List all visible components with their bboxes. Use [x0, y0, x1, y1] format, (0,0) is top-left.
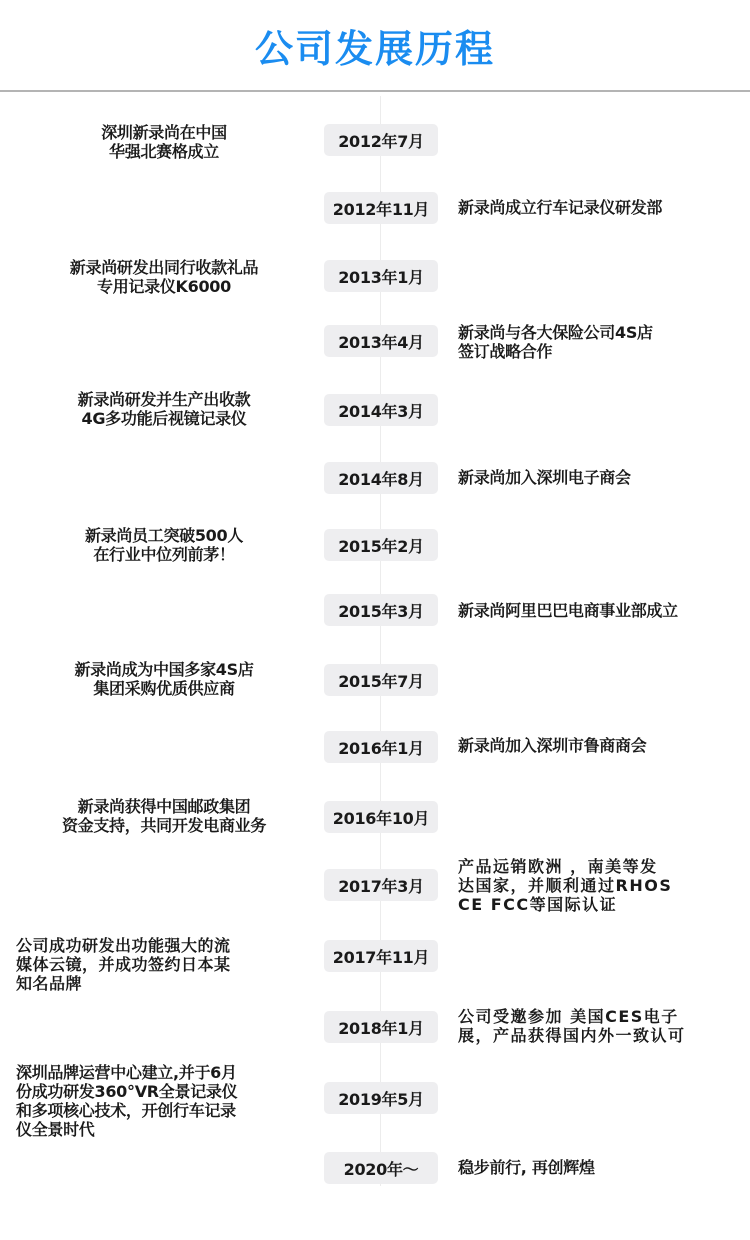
date-pill: 2019年5月	[324, 1082, 438, 1114]
date-pill: 2015年2月	[324, 529, 438, 561]
milestone-text: 新录尚加入深圳市鲁商商会	[458, 736, 750, 755]
date-pill: 2015年3月	[324, 594, 438, 626]
milestone-text: 新录尚研发并生产出收款 4G多功能后视镜记录仪	[14, 390, 314, 428]
milestone-text: 新录尚成为中国多家4S店 集团采购优质供应商	[14, 660, 314, 698]
date-pill: 2018年1月	[324, 1011, 438, 1043]
milestone-text: 深圳新录尚在中国 华强北赛格成立	[14, 123, 314, 161]
date-pill: 2014年3月	[324, 394, 438, 426]
date-pill: 2016年1月	[324, 731, 438, 763]
milestone-text: 公司受邀参加 美国CES电子 展，产品获得国内外一致认可	[458, 1007, 750, 1045]
milestone-text: 新录尚阿里巴巴电商事业部成立	[458, 601, 750, 620]
date-pill: 2012年11月	[324, 192, 438, 224]
milestone-text: 新录尚研发出同行收款礼品 专用记录仪K6000	[14, 258, 314, 296]
date-pill: 2015年7月	[324, 664, 438, 696]
date-pill: 2014年8月	[324, 462, 438, 494]
milestone-text: 深圳品牌运营中心建立,并于6月 份成功研发360°VR全景记录仪 和多项核心技术…	[16, 1063, 316, 1139]
milestone-text: 新录尚成立行车记录仪研发部	[458, 198, 750, 217]
date-pill: 2017年11月	[324, 940, 438, 972]
milestone-text: 新录尚加入深圳电子商会	[458, 468, 750, 487]
milestone-text: 新录尚员工突破500人 在行业中位列前茅！	[14, 526, 314, 564]
page-title: 公司发展历程	[0, 18, 750, 73]
date-pill: 2012年7月	[324, 124, 438, 156]
date-pill: 2020年～	[324, 1152, 438, 1184]
milestone-text: 新录尚获得中国邮政集团 资金支持，共同开发电商业务	[14, 797, 314, 835]
date-pill: 2013年1月	[324, 260, 438, 292]
date-pill: 2017年3月	[324, 869, 438, 901]
date-pill: 2016年10月	[324, 801, 438, 833]
milestone-text: 产品远销欧洲 ，南美等发 达国家，并顺利通过RHOS CE FCC等国际认证	[458, 857, 750, 914]
milestone-text: 公司成功研发出功能强大的流 媒体云镜，并成功签约日本某 知名品牌	[16, 936, 316, 993]
milestone-text: 新录尚与各大保险公司4S店 签订战略合作	[458, 323, 750, 361]
header-divider	[0, 90, 750, 92]
milestone-text: 稳步前行, 再创辉煌	[458, 1158, 750, 1177]
date-pill: 2013年4月	[324, 325, 438, 357]
